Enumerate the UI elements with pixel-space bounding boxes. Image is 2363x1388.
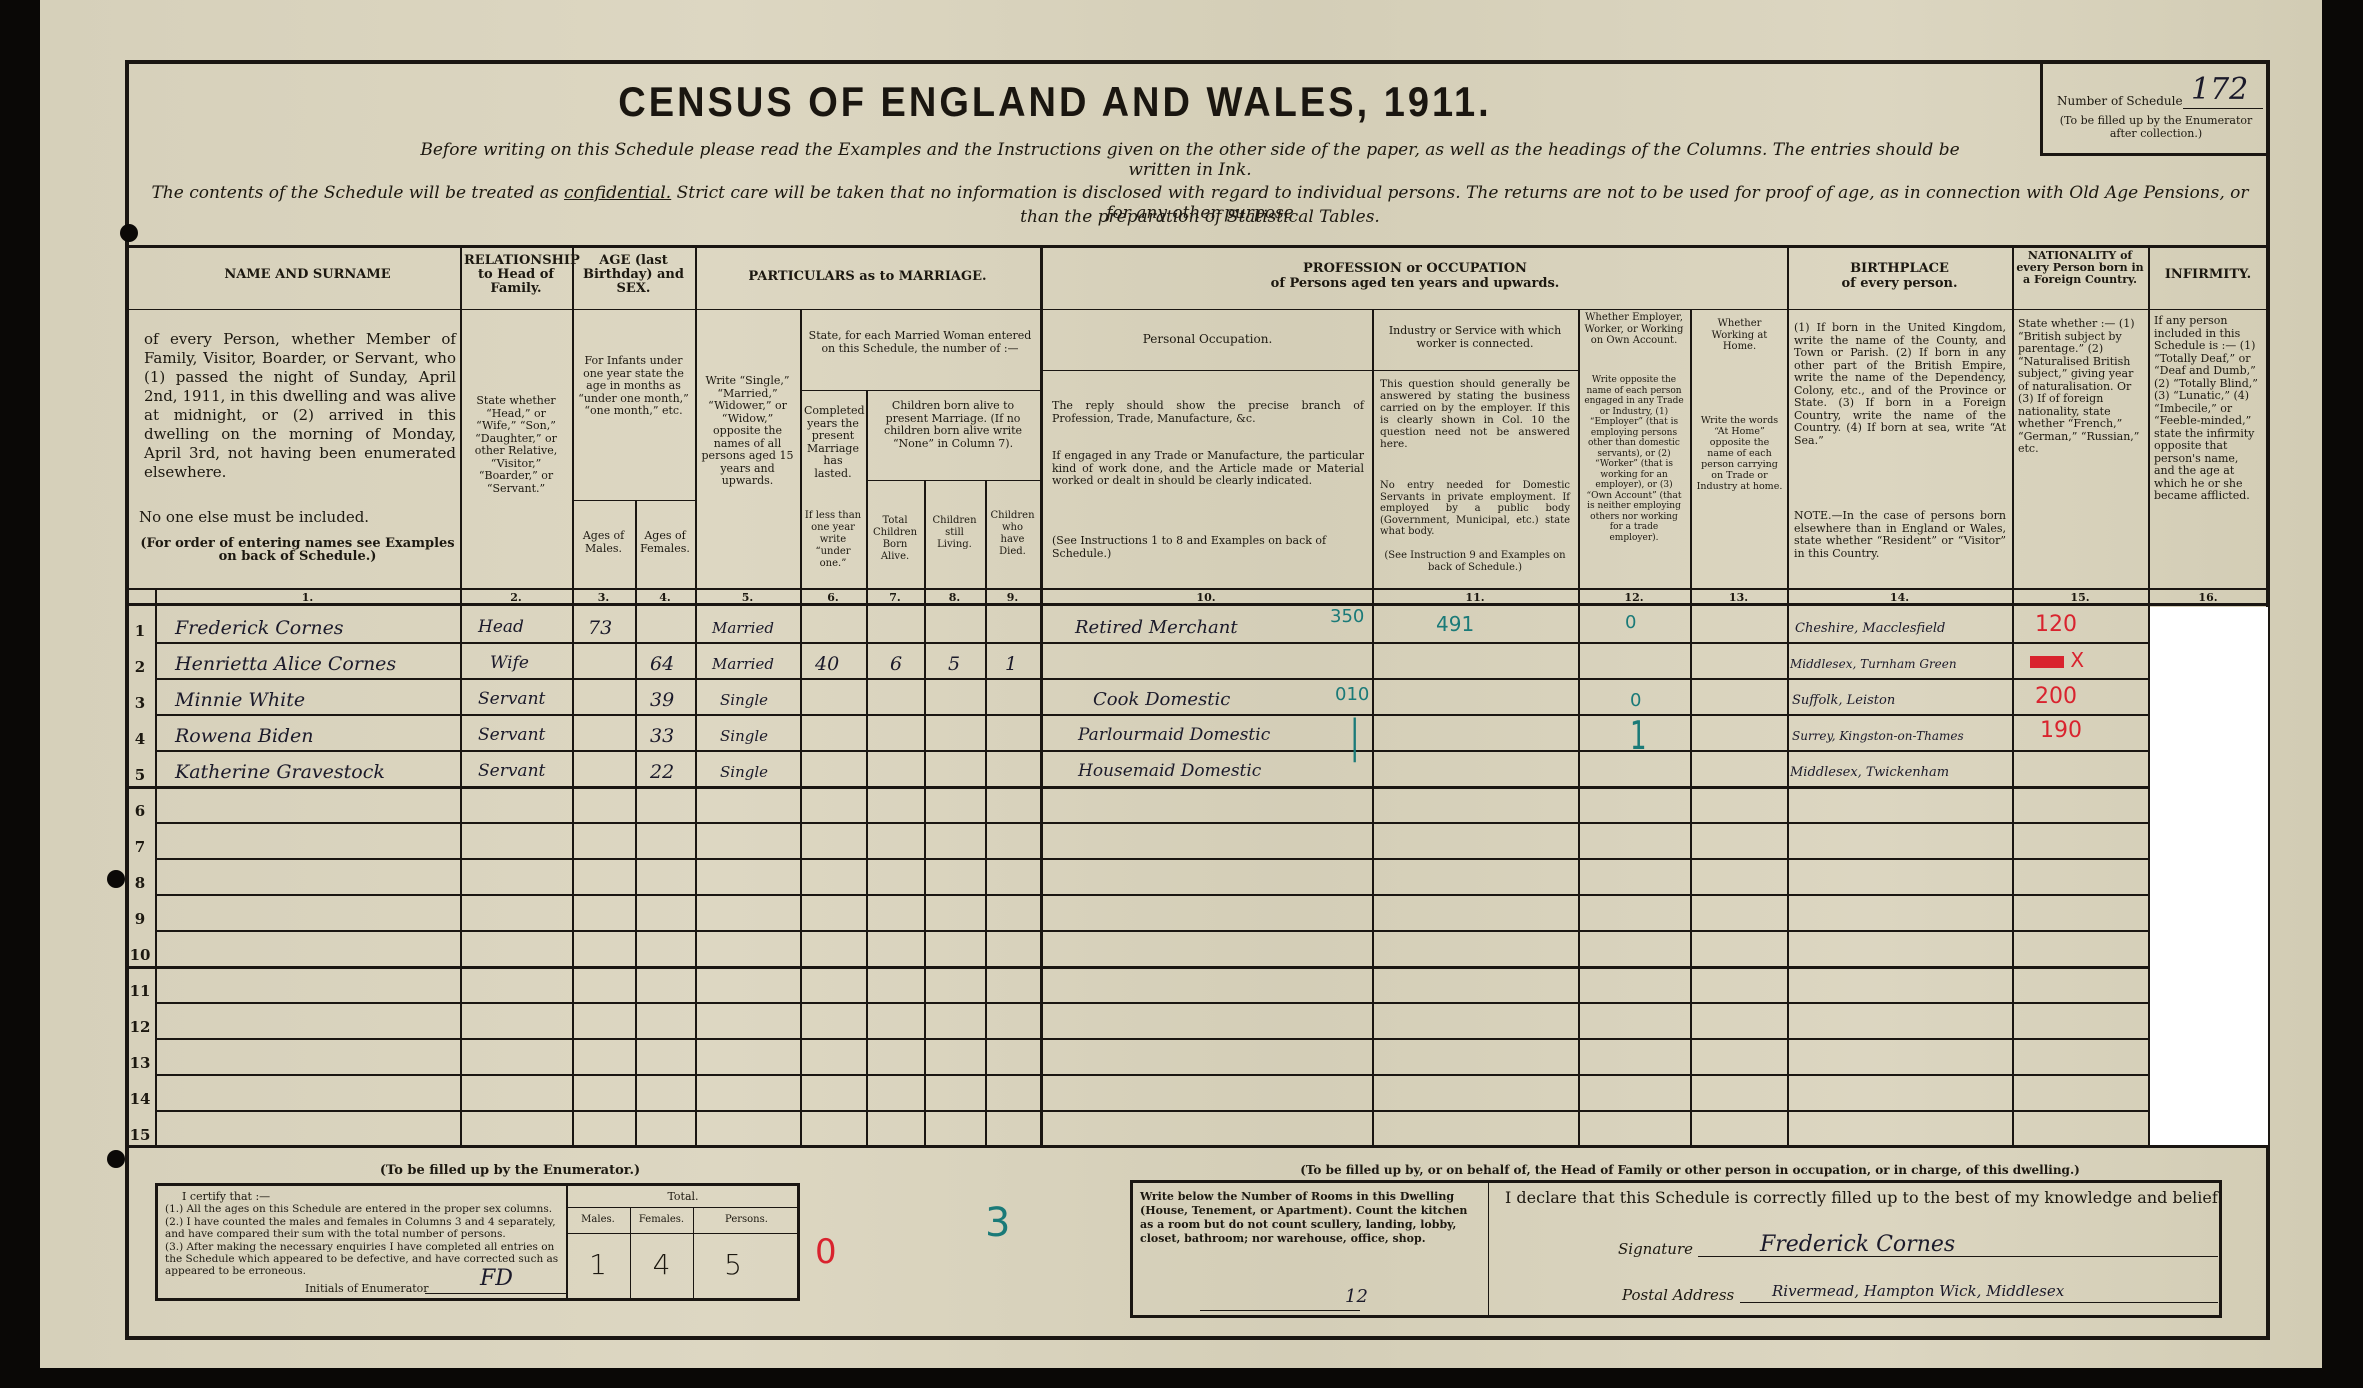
column-number: 9. bbox=[985, 591, 1040, 604]
header-years-married-note: If less than one year write “under one.” bbox=[800, 510, 866, 570]
females-label: Females. bbox=[630, 1214, 693, 1225]
header-birthplace-note: NOTE.—In the case of persons born elsewh… bbox=[1790, 510, 2010, 560]
column-number: 14. bbox=[1787, 591, 2012, 604]
cell-marital[interactable]: Married bbox=[712, 619, 774, 637]
header-years-married: Completed years the present Marriage has… bbox=[800, 405, 866, 480]
column-number: 8. bbox=[924, 591, 985, 604]
cell-nationality-code[interactable]: 120 bbox=[2035, 612, 2077, 637]
header-infirmity: INFIRMITY. bbox=[2148, 268, 2268, 282]
cell-age-female[interactable]: 64 bbox=[650, 653, 674, 675]
header-employer: Whether Employer, Worker, or Working on … bbox=[1580, 312, 1688, 347]
header-children: Children born alive to present Marriage.… bbox=[868, 400, 1038, 450]
row-number: 3 bbox=[128, 694, 152, 712]
header-nationality-body: State whether :— (1) “British subject by… bbox=[2014, 318, 2146, 456]
cell-name[interactable]: Katherine Gravestock bbox=[175, 761, 385, 783]
cell-name[interactable]: Minnie White bbox=[175, 689, 305, 711]
cell-age-male[interactable]: 73 bbox=[588, 617, 612, 639]
cell-marital[interactable]: Single bbox=[720, 727, 768, 745]
declaration-text: I declare that this Schedule is correctl… bbox=[1505, 1188, 2222, 1207]
cell-occ-code[interactable]: 010 bbox=[1335, 684, 1369, 705]
cell-name[interactable]: Frederick Cornes bbox=[175, 617, 344, 639]
females-total[interactable]: 4 bbox=[630, 1248, 693, 1281]
schedule-number-box: Number of Schedule 172 (To be filled up … bbox=[2040, 64, 2266, 156]
column-number: 13. bbox=[1690, 591, 1787, 604]
header-children-living: Children still Living. bbox=[924, 515, 985, 551]
initials-label: Initials of Enumerator bbox=[305, 1282, 429, 1295]
punch-hole-icon bbox=[107, 870, 125, 888]
punch-hole-icon bbox=[107, 1150, 125, 1168]
cell-nationality-code[interactable]: X bbox=[2070, 648, 2084, 672]
header-age-body: For Infants under one year state the age… bbox=[574, 355, 693, 418]
header-relationship-body: State whether “Head,” or “Wife,” “Son,” … bbox=[462, 395, 570, 495]
header-infirmity-body: If any person included in this Schedule … bbox=[2150, 315, 2266, 503]
header-marital-body: Write “Single,” “Married,” “Widower,” or… bbox=[697, 375, 798, 488]
cell-occupation[interactable]: Cook Domestic bbox=[1093, 689, 1230, 710]
schedule-number-label: Number of Schedule bbox=[2057, 94, 2183, 108]
column-number: 2. bbox=[460, 591, 572, 604]
cell-birthplace[interactable]: Middlesex, Twickenham bbox=[1790, 765, 1949, 780]
header-personal-occupation: Personal Occupation. bbox=[1043, 332, 1372, 346]
header-industry-body2: No entry needed for Domestic Servants in… bbox=[1376, 480, 1574, 538]
header-name-note: No one else must be included. bbox=[135, 510, 455, 524]
ditto-mark: | bbox=[1350, 710, 1359, 763]
cell-name[interactable]: Rowena Biden bbox=[175, 725, 314, 747]
column-number: 11. bbox=[1372, 591, 1578, 604]
initials-value[interactable]: FD bbox=[480, 1266, 513, 1291]
cell-nationality-code[interactable]: 200 bbox=[2035, 684, 2077, 709]
header-birthplace-sub: of every person. bbox=[1787, 278, 2012, 291]
cell-birthplace[interactable]: Surrey, Kingston-on-Thames bbox=[1792, 729, 1964, 743]
header-children-died: Children who have Died. bbox=[985, 510, 1040, 558]
rooms-instructions: Write below the Number of Rooms in this … bbox=[1140, 1190, 1480, 1246]
row-number: 14 bbox=[128, 1090, 152, 1108]
cell-born-alive[interactable]: 6 bbox=[890, 653, 902, 675]
row-number: 7 bbox=[128, 838, 152, 856]
rooms-value[interactable]: 12 bbox=[1345, 1286, 1368, 1307]
column-number: 3. bbox=[572, 591, 635, 604]
header-occupation: PROFESSION or OCCUPATION bbox=[1043, 262, 1787, 276]
certify-item-2: (2.) I have counted the males and female… bbox=[165, 1216, 570, 1240]
cell-birthplace[interactable]: Suffolk, Leiston bbox=[1792, 693, 1895, 708]
column-number: 10. bbox=[1040, 591, 1372, 604]
header-relationship: RELATIONSHIP to Head of Family. bbox=[460, 254, 572, 296]
row-number: 11 bbox=[128, 982, 152, 1000]
header-birthplace: BIRTHPLACE bbox=[1787, 262, 2012, 276]
header-married-woman: State, for each Married Woman entered on… bbox=[802, 330, 1038, 355]
males-label: Males. bbox=[566, 1214, 630, 1225]
header-name-body: of every Person, whether Member of Famil… bbox=[140, 330, 460, 482]
header-name-order: (For order of entering names see Example… bbox=[135, 538, 460, 563]
header-total-children: Total Children Born Alive. bbox=[866, 515, 924, 563]
signature-value[interactable]: Frederick Cornes bbox=[1760, 1232, 1955, 1257]
cell-employer[interactable]: 1 bbox=[1630, 715, 1647, 760]
cell-relationship[interactable]: Servant bbox=[478, 761, 545, 781]
cell-employer[interactable]: 0 bbox=[1625, 612, 1636, 633]
row-number: 2 bbox=[128, 658, 152, 676]
column-number: 12. bbox=[1578, 591, 1690, 604]
cell-relationship[interactable]: Head bbox=[478, 617, 524, 637]
cell-occupation[interactable]: Parlourmaid Domestic bbox=[1078, 725, 1270, 745]
header-ages-males: Ages of Males. bbox=[572, 530, 635, 555]
certify-label: I certify that :— bbox=[182, 1190, 270, 1203]
header-employer-body: Write opposite the name of each person e… bbox=[1580, 375, 1688, 543]
header-industry-body1: This question should generally be answer… bbox=[1376, 378, 1574, 450]
punch-hole-icon bbox=[120, 224, 138, 242]
cell-birthplace[interactable]: Middlesex, Turnham Green bbox=[1790, 657, 1957, 671]
header-ages-females: Ages of Females. bbox=[635, 530, 695, 555]
struck-out-code: X bbox=[2030, 648, 2084, 672]
confidential-line-2: than the preparation of Statistical Tabl… bbox=[150, 207, 2250, 227]
schedule-number-note: (To be filled up by the Enumerator after… bbox=[2051, 114, 2261, 140]
header-marriage: PARTICULARS as to MARRIAGE. bbox=[695, 270, 1040, 284]
cell-marital[interactable]: Single bbox=[720, 763, 768, 781]
certify-item-1: (1.) All the ages on this Schedule are e… bbox=[165, 1203, 570, 1215]
cell-age-female[interactable]: 22 bbox=[650, 761, 674, 783]
row-number: 4 bbox=[128, 730, 152, 748]
postal-address-value[interactable]: Rivermead, Hampton Wick, Middlesex bbox=[1772, 1282, 2064, 1300]
header-occ-body2: If engaged in any Trade or Manufacture, … bbox=[1048, 450, 1368, 488]
row-number: 9 bbox=[128, 910, 152, 928]
persons-label: Persons. bbox=[693, 1214, 800, 1225]
cell-industry[interactable]: 491 bbox=[1436, 612, 1474, 636]
header-age: AGE (last Birthday) and SEX. bbox=[572, 254, 695, 296]
persons-total[interactable]: 5 bbox=[693, 1248, 773, 1281]
column-number: 5. bbox=[695, 591, 800, 604]
cell-occupation[interactable]: Housemaid Domestic bbox=[1078, 761, 1261, 781]
cell-relationship[interactable]: Wife bbox=[490, 653, 529, 673]
header-occupation-sub: of Persons aged ten years and upwards. bbox=[1043, 278, 1787, 291]
row-number: 12 bbox=[128, 1018, 152, 1036]
column-number: 1. bbox=[155, 591, 460, 604]
cell-relationship[interactable]: Servant bbox=[478, 689, 545, 709]
males-total[interactable]: 1 bbox=[566, 1248, 630, 1281]
header-occ-body3: (See Instructions 1 to 8 and Examples on… bbox=[1048, 535, 1368, 560]
header-industry-body3: (See Instruction 9 and Examples on back … bbox=[1376, 550, 1574, 573]
cell-relationship[interactable]: Servant bbox=[478, 725, 545, 745]
cell-children-living[interactable]: 5 bbox=[948, 653, 960, 675]
total-label: Total. bbox=[566, 1190, 800, 1203]
header-industry: Industry or Service with which worker is… bbox=[1374, 325, 1576, 350]
cell-years-married[interactable]: 40 bbox=[815, 653, 839, 675]
row-number: 1 bbox=[128, 622, 152, 640]
row-number: 6 bbox=[128, 802, 152, 820]
enumerator-heading: (To be filled up by the Enumerator.) bbox=[340, 1163, 680, 1178]
schedule-number-value[interactable]: 172 bbox=[2191, 72, 2248, 107]
header-nationality: NATIONALITY of every Person born in a Fo… bbox=[2012, 250, 2148, 286]
header-name: NAME AND SURNAME bbox=[155, 268, 460, 282]
cell-birthplace[interactable]: Cheshire, Macclesfield bbox=[1795, 621, 1945, 636]
column-number: 6. bbox=[800, 591, 866, 604]
column-number: 15. bbox=[2012, 591, 2148, 604]
form-title: CENSUS OF ENGLAND AND WALES, 1911. bbox=[330, 80, 1780, 127]
cell-age-female[interactable]: 33 bbox=[650, 725, 674, 747]
column-number: 16. bbox=[2148, 591, 2268, 604]
blue-pencil-mark: 3 bbox=[985, 1200, 1010, 1246]
red-pencil-mark: 0 bbox=[815, 1232, 837, 1272]
cell-age-female[interactable]: 39 bbox=[650, 689, 674, 711]
cell-nationality-code[interactable]: 190 bbox=[2040, 718, 2082, 743]
column-number: 7. bbox=[866, 591, 924, 604]
cell-employer[interactable]: 0 bbox=[1630, 690, 1641, 711]
header-at-home-body: Write the words “At Home” opposite the n… bbox=[1692, 415, 1787, 492]
postal-address-label: Postal Address bbox=[1622, 1286, 1734, 1304]
cell-occupation[interactable]: Retired Merchant bbox=[1075, 617, 1238, 638]
cell-marital[interactable]: Married bbox=[712, 655, 774, 673]
householder-heading: (To be filled up by, or on behalf of, th… bbox=[1220, 1163, 2160, 1177]
row-number: 10 bbox=[128, 946, 152, 964]
cell-name[interactable]: Henrietta Alice Cornes bbox=[175, 653, 396, 675]
header-at-home: Whether Working at Home. bbox=[1692, 318, 1787, 353]
instruction-line: Before writing on this Schedule please r… bbox=[410, 140, 1970, 180]
signature-label: Signature bbox=[1618, 1240, 1693, 1258]
row-number: 5 bbox=[128, 766, 152, 784]
row-number: 13 bbox=[128, 1054, 152, 1072]
redaction-block bbox=[2150, 607, 2268, 1145]
header-birthplace-body: (1) If born in the United Kingdom, write… bbox=[1790, 322, 2010, 447]
column-number: 4. bbox=[635, 591, 695, 604]
row-number: 15 bbox=[128, 1126, 152, 1144]
confidential-word: confidential. bbox=[564, 183, 671, 203]
cell-children-died[interactable]: 1 bbox=[1005, 653, 1017, 675]
cell-occ-code[interactable]: 350 bbox=[1330, 606, 1364, 627]
cell-marital[interactable]: Single bbox=[720, 691, 768, 709]
header-occ-body1: The reply should show the precise branch… bbox=[1048, 400, 1368, 425]
row-number: 8 bbox=[128, 874, 152, 892]
